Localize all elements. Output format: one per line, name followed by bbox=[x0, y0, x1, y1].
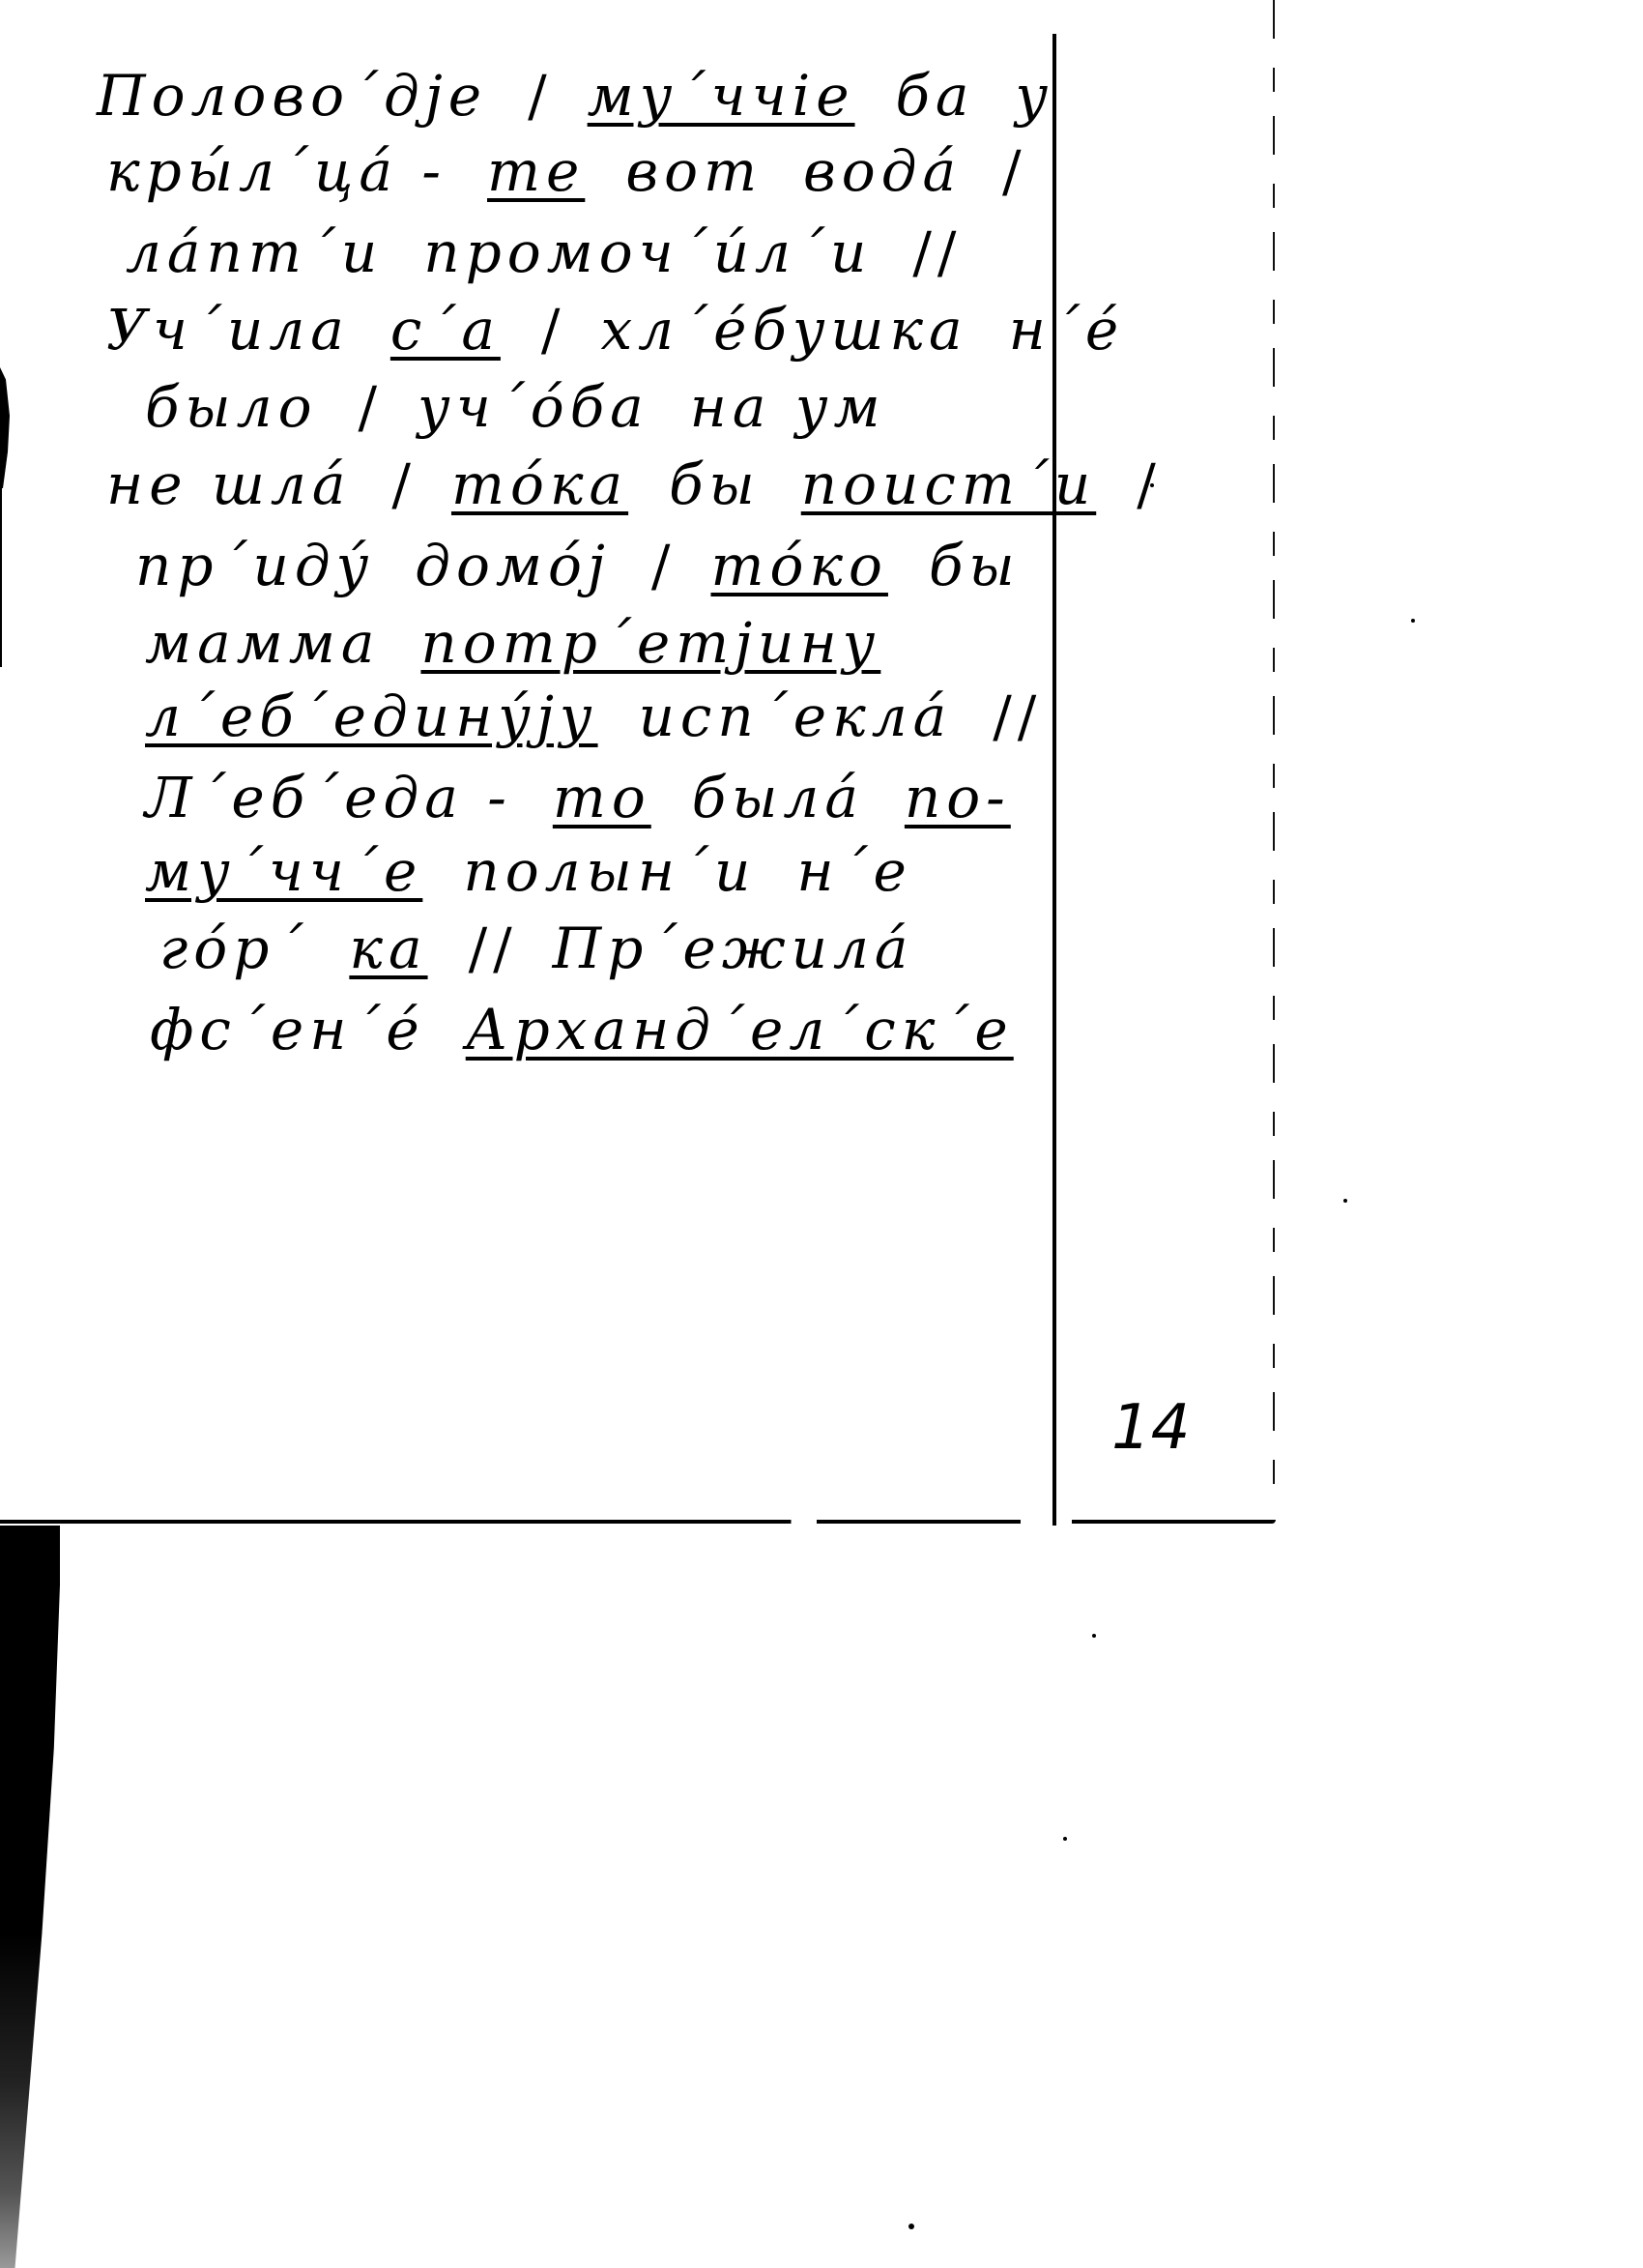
phrase-separator: / bbox=[1137, 456, 1162, 512]
scan-binding-shadow bbox=[0, 1526, 60, 2268]
page-number: 14 bbox=[1111, 1392, 1190, 1464]
phrase-separator: // bbox=[469, 920, 518, 976]
margin-rule-line bbox=[1052, 34, 1056, 1526]
underlined-word: сˊа bbox=[390, 302, 501, 358]
manuscript-line: ла́птˊипромочˊи́лˊи// bbox=[126, 224, 996, 280]
word: нˊе bbox=[796, 843, 912, 899]
word: го́рˊ bbox=[159, 920, 308, 976]
underlined-word: Архандˊелˊскˊе bbox=[466, 1002, 1014, 1058]
phrase-separator: / bbox=[359, 379, 384, 435]
word: учˊо́ба bbox=[418, 379, 649, 435]
word: ла́птˊи bbox=[126, 224, 383, 280]
word: Лˊебˊеда - bbox=[145, 770, 512, 826]
manuscript-line: не шла́/то́кабыпоистˊи/ bbox=[106, 456, 1196, 512]
manuscript-line: Лˊебˊеда -тобыла́по- bbox=[145, 770, 1052, 826]
manuscript-line: лˊебˊедину́јуиспˊекла́// bbox=[145, 688, 1077, 744]
word: ба bbox=[896, 68, 975, 124]
word: на ум bbox=[690, 379, 886, 435]
word: было bbox=[145, 379, 318, 435]
underlined-word: по- bbox=[905, 770, 1011, 826]
word: фсˊенˊе́ bbox=[150, 1002, 425, 1058]
phrase-separator: / bbox=[541, 302, 566, 358]
underlined-word: потрˊетјину bbox=[420, 615, 880, 671]
word: не шла́ bbox=[106, 456, 351, 512]
word: испˊекла́ bbox=[639, 688, 953, 744]
manuscript-line: прˊиду́домо́ј/то́кобы bbox=[135, 538, 1061, 594]
manuscript-line: было/учˊо́бана ум bbox=[145, 379, 927, 435]
phrase-separator: // bbox=[993, 688, 1042, 744]
manuscript-line: маммапотрˊетјину bbox=[145, 615, 921, 671]
manuscript-page: Половоˊдје/мyˊччіебаукры́лˊца́ -тевотвод… bbox=[0, 0, 1276, 1526]
phrase-separator: / bbox=[651, 538, 677, 594]
phrase-separator: / bbox=[528, 68, 553, 124]
word: бы bbox=[669, 456, 761, 512]
underlined-word: то́ка bbox=[451, 456, 628, 512]
word: у bbox=[1016, 68, 1054, 124]
word: полынˊи bbox=[463, 843, 756, 899]
manuscript-line: мyˊччˊеполынˊинˊе bbox=[145, 843, 953, 899]
scan-speck bbox=[1063, 1837, 1067, 1841]
word: промочˊи́лˊи bbox=[423, 224, 872, 280]
word: Прˊежила́ bbox=[553, 920, 914, 976]
word: домо́ј bbox=[415, 538, 611, 594]
word: вода́ bbox=[803, 143, 962, 199]
underlined-word: то́ко bbox=[710, 538, 887, 594]
underlined-word: мyˊччіе bbox=[588, 68, 855, 124]
page-right-edge bbox=[1273, 0, 1275, 1508]
underlined-word: те bbox=[487, 143, 585, 199]
word: Учˊила bbox=[106, 302, 350, 358]
phrase-separator: / bbox=[1002, 143, 1027, 199]
phrase-separator: // bbox=[912, 224, 962, 280]
scan-speck bbox=[1343, 1199, 1347, 1203]
manuscript-line: Учˊиласˊа/хлˊе́бушканˊе́ bbox=[106, 302, 1165, 358]
scan-speck bbox=[1092, 1634, 1096, 1638]
underlined-word: лˊебˊедину́ју bbox=[145, 688, 598, 744]
word: кры́лˊца́ - bbox=[106, 143, 447, 199]
underlined-word: поистˊи bbox=[801, 456, 1096, 512]
word: бы bbox=[929, 538, 1021, 594]
manuscript-line: Половоˊдје/мyˊччіебау bbox=[97, 68, 1094, 124]
manuscript-line: фсˊенˊе́Архандˊелˊскˊе bbox=[150, 1002, 1054, 1058]
scan-speck bbox=[1150, 483, 1154, 487]
word: мамма bbox=[145, 615, 380, 671]
word: вот bbox=[625, 143, 763, 199]
word: хлˊе́бушка bbox=[600, 302, 967, 358]
underlined-word: мyˊччˊе bbox=[145, 843, 422, 899]
scan-edge-shadow-top bbox=[0, 367, 10, 488]
underlined-word: то bbox=[553, 770, 651, 826]
scan-speck bbox=[1411, 619, 1415, 623]
manuscript-line: кры́лˊца́ -тевотвода́/ bbox=[106, 143, 1062, 199]
phrase-separator: / bbox=[391, 456, 417, 512]
word: была́ bbox=[692, 770, 864, 826]
word: нˊе́ bbox=[1009, 302, 1125, 358]
scan-speck bbox=[908, 2224, 914, 2229]
manuscript-line: го́рˊка//Прˊежила́ bbox=[159, 920, 955, 976]
scan-edge-line bbox=[0, 483, 2, 667]
underlined-word: ка bbox=[349, 920, 427, 976]
word: Половоˊдје bbox=[97, 68, 487, 124]
page-bottom-edge bbox=[0, 1520, 1276, 1524]
word: прˊиду́ bbox=[135, 538, 374, 594]
